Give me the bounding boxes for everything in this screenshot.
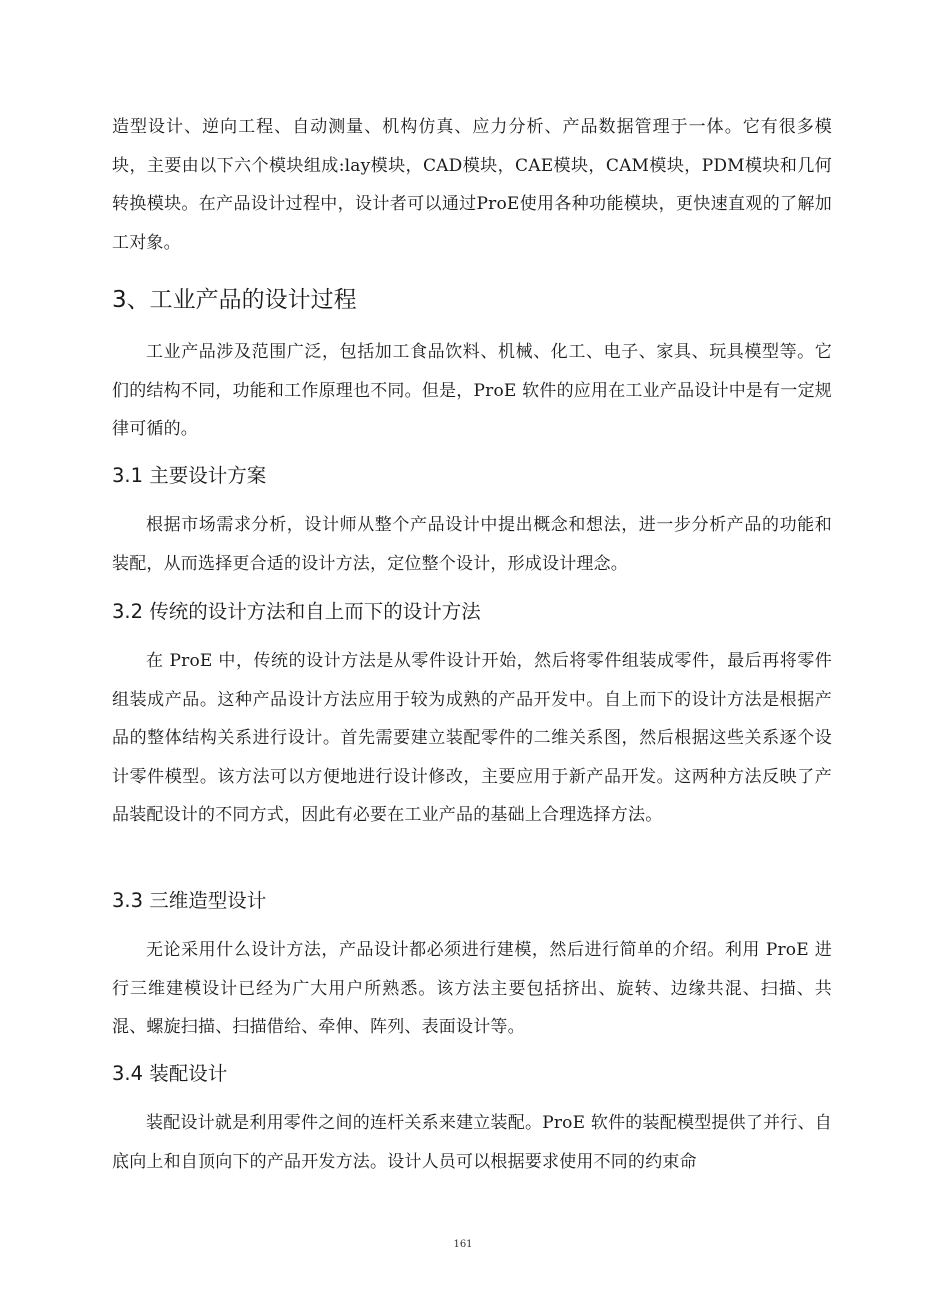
section-3-4-heading: 3.4 装配设计 [112, 1058, 832, 1090]
intro-paragraph: 造型设计、逆向工程、自动测量、机构仿真、应力分析、产品数据管理于一体。它有很多模… [112, 108, 832, 262]
section-3-3-heading: 3.3 三维造型设计 [112, 885, 832, 917]
section-3-3-paragraph: 无论采用什么设计方法，产品设计都必须进行建模，然后进行简单的介绍。利用 ProE… [112, 931, 832, 1046]
section-3-2-paragraph: 在 ProE 中，传统的设计方法是从零件设计开始，然后将零件组装成零件，最后再将… [112, 642, 832, 873]
section-3-2-heading: 3.2 传统的设计方法和自上而下的设计方法 [112, 596, 832, 628]
section-3-1-paragraph: 根据市场需求分析，设计师从整个产品设计中提出概念和想法，进一步分析产品的功能和装… [112, 506, 832, 583]
section-3-4-paragraph: 装配设计就是利用零件之间的连杆关系来建立装配。ProE 软件的装配模型提供了并行… [112, 1104, 832, 1181]
section-3-1-heading: 3.1 主要设计方案 [112, 460, 832, 492]
page-content: 造型设计、逆向工程、自动测量、机构仿真、应力分析、产品数据管理于一体。它有很多模… [112, 108, 832, 1181]
section-3-heading: 3、工业产品的设计过程 [112, 282, 832, 318]
document-page: 造型设计、逆向工程、自动测量、机构仿真、应力分析、产品数据管理于一体。它有很多模… [0, 0, 926, 1310]
page-number: 161 [0, 1239, 926, 1250]
section-3-paragraph: 工业产品涉及范围广泛，包括加工食品饮料、机械、化工、电子、家具、玩具模型等。它们… [112, 333, 832, 448]
